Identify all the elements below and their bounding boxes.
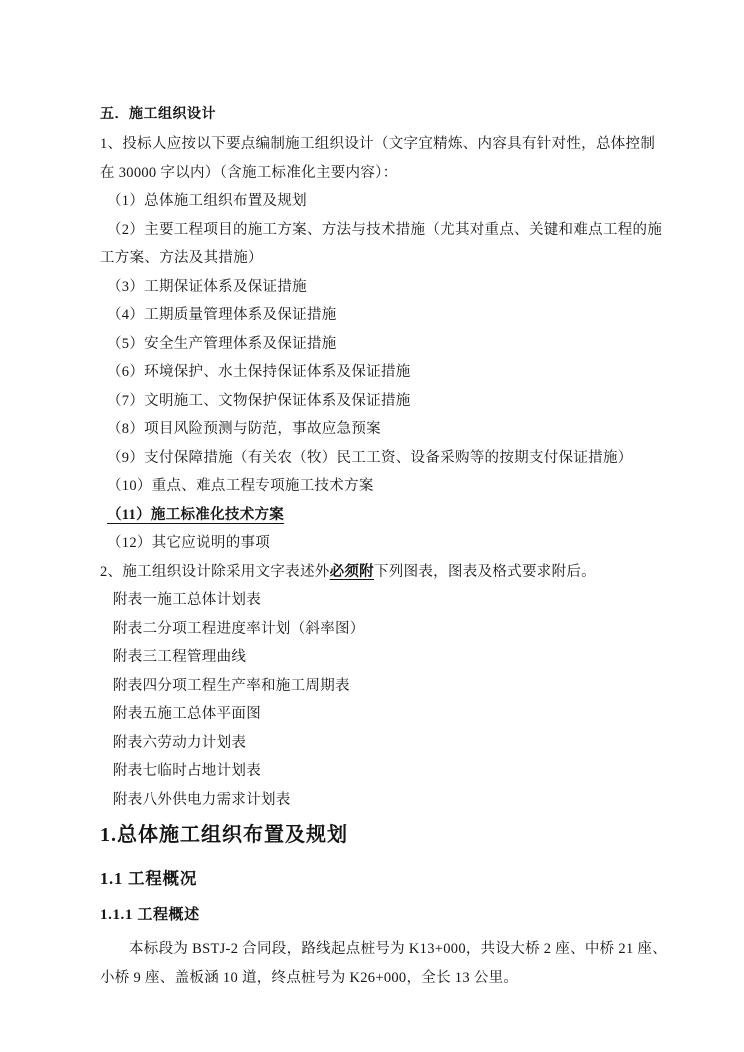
outline-item-11-text: （11）施工标准化技术方案 <box>107 507 284 523</box>
section-heading: 五．施工组织设计 <box>100 104 645 123</box>
figures-note-prefix: 2、施工组织设计除采用文字表述外 <box>100 564 330 580</box>
outline-item-9: （9）支付保障措施（有关农（牧）民工工资、设备采购等的按期支付保证措施） <box>100 444 645 473</box>
document-page: 五．施工组织设计 1、投标人应按以下要点编制施工组织设计（文字宜精炼、内容具有针… <box>0 0 744 1052</box>
section-subheading: 1.1 工程概况 <box>100 866 645 891</box>
outline-item-4: （4）工期质量管理体系及保证措施 <box>100 301 645 330</box>
body-line-1: 本标段为 BSTJ-2 合同段，路线起点桩号为 K13+000，共设大桥 2 座… <box>100 935 645 964</box>
attachment-item-6: 附表六劳动力计划表 <box>100 729 645 758</box>
intro-line-2: 在 30000 字以内）（含施工标准化主要内容）： <box>100 159 645 188</box>
attachment-item-5: 附表五施工总体平面图 <box>100 700 645 729</box>
figures-note-line: 2、施工组织设计除采用文字表述外必须附下列图表，图表及格式要求附后。 <box>100 558 645 587</box>
figures-note-emphasis: 必须附 <box>330 564 374 580</box>
outline-item-8: （8）项目风险预测与防范，事故应急预案 <box>100 415 645 444</box>
subsection-heading: 1.1.1 工程概述 <box>100 904 645 927</box>
outline-item-2-continued: 工方案、方法及其措施） <box>100 244 645 273</box>
intro-line-1: 1、投标人应按以下要点编制施工组织设计（文字宜精炼、内容具有针对性，总体控制 <box>100 130 645 159</box>
attachment-item-3: 附表三工程管理曲线 <box>100 643 645 672</box>
body-paragraph: 本标段为 BSTJ-2 合同段，路线起点桩号为 K13+000，共设大桥 2 座… <box>100 935 645 992</box>
outline-item-2: （2）主要工程项目的施工方案、方法与技术措施（尤其对重点、关键和难点工程的施 <box>100 216 645 245</box>
outline-item-11-emphasized: （11）施工标准化技术方案 <box>100 501 645 530</box>
attachment-item-8: 附表八外供电力需求计划表 <box>100 786 645 815</box>
attachment-item-7: 附表七临时占地计划表 <box>100 757 645 786</box>
outline-item-1: （1）总体施工组织布置及规划 <box>100 187 645 216</box>
outline-item-10: （10）重点、难点工程专项施工技术方案 <box>100 472 645 501</box>
chapter-heading: 1.总体施工组织布置及规划 <box>100 820 645 850</box>
outline-item-6: （6）环境保护、水土保持保证体系及保证措施 <box>100 358 645 387</box>
body-line-2: 小桥 9 座、盖板涵 10 道，终点桩号为 K26+000，全长 13 公里。 <box>100 964 645 993</box>
outline-item-5: （5）安全生产管理体系及保证措施 <box>100 330 645 359</box>
figures-note-suffix: 下列图表，图表及格式要求附后。 <box>374 564 596 580</box>
attachment-item-1: 附表一施工总体计划表 <box>100 586 645 615</box>
attachment-item-2: 附表二分项工程进度率计划（斜率图） <box>100 615 645 644</box>
attachment-item-4: 附表四分项工程生产率和施工周期表 <box>100 672 645 701</box>
outline-item-3: （3）工期保证体系及保证措施 <box>100 273 645 302</box>
outline-item-12: （12）其它应说明的事项 <box>100 529 645 558</box>
outline-item-7: （7）文明施工、文物保护保证体系及保证措施 <box>100 387 645 416</box>
